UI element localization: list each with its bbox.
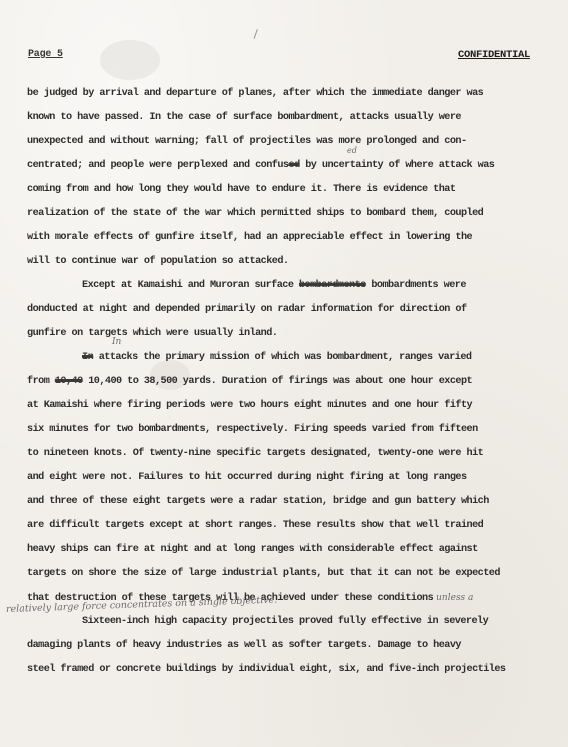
- handwritten-annotation: unless a: [436, 593, 473, 603]
- classification-marking: CONFIDENTIAL: [458, 49, 530, 61]
- line-text: Except at Kamaishi and Muroran surface: [82, 280, 299, 291]
- text-line: Sixteen-inch high capacity projectiles p…: [27, 610, 547, 634]
- line-text: attacks the primary mission of which was…: [93, 352, 471, 363]
- text-line: and three of these eight targets were a …: [27, 490, 547, 514]
- text-line: gunfire on targets which were usually in…: [27, 322, 547, 346]
- text-line: Except at Kamaishi and Muroran surface b…: [27, 274, 547, 298]
- text-line: will to continue war of population so at…: [27, 250, 547, 274]
- page-number: Page 5: [28, 49, 63, 60]
- text-line: damaging plants of heavy industries as w…: [27, 634, 547, 658]
- text-line: centrated; and people were perplexed and…: [27, 154, 547, 178]
- text-line: to nineteen knots. Of twenty-nine specif…: [27, 442, 547, 466]
- text-line: steel framed or concrete buildings by in…: [27, 658, 547, 682]
- text-line: realization of the state of the war whic…: [27, 202, 547, 226]
- text-line: at Kamaishi where firing periods were tw…: [27, 394, 547, 418]
- text-line: six minutes for two bombardments, respec…: [27, 418, 547, 442]
- text-line: from 10,40 10,400 to 38,500 yards. Durat…: [27, 370, 547, 394]
- document-page: Page 5 CONFIDENTIAL be judged by arrival…: [0, 0, 568, 747]
- text-line: are difficult targets except at short ra…: [27, 514, 547, 538]
- document-body: be judged by arrival and departure of pl…: [27, 82, 547, 682]
- handwritten-insertion: In: [112, 337, 121, 347]
- page-header: Page 5 CONFIDENTIAL: [28, 49, 530, 63]
- text-line: be judged by arrival and departure of pl…: [27, 82, 547, 106]
- text-line: with morale effects of gunfire itself, h…: [27, 226, 547, 250]
- line-text: 10,400 to 38,500 yards. Duration of firi…: [83, 376, 472, 387]
- line-text: centrated; and people were perplexed and…: [27, 160, 289, 171]
- struck-text: 10,40: [55, 376, 83, 387]
- struck-text: bombardments: [299, 280, 366, 291]
- struck-text: ed: [289, 160, 300, 171]
- text-line: donducted at night and depended primaril…: [27, 298, 547, 322]
- text-line: known to have passed. In the case of sur…: [27, 106, 547, 130]
- handwritten-insertion: ed: [347, 146, 357, 156]
- text-line: and eight were not. Failures to hit occu…: [27, 466, 547, 490]
- struck-text: In: [82, 352, 93, 363]
- text-line: targets on shore the size of large indus…: [27, 562, 547, 586]
- line-text: by uncertainty of where attack was: [300, 160, 495, 171]
- text-line: heavy ships can fire at night and at lon…: [27, 538, 547, 562]
- line-text: bombardments were: [366, 280, 466, 291]
- text-line: In In attacks the primary mission of whi…: [27, 346, 547, 370]
- text-line: unexpected and without warning; fall of …: [27, 130, 547, 154]
- text-line: coming from and how long they would have…: [27, 178, 547, 202]
- pencil-mark: [254, 29, 264, 41]
- line-text: from: [27, 376, 55, 387]
